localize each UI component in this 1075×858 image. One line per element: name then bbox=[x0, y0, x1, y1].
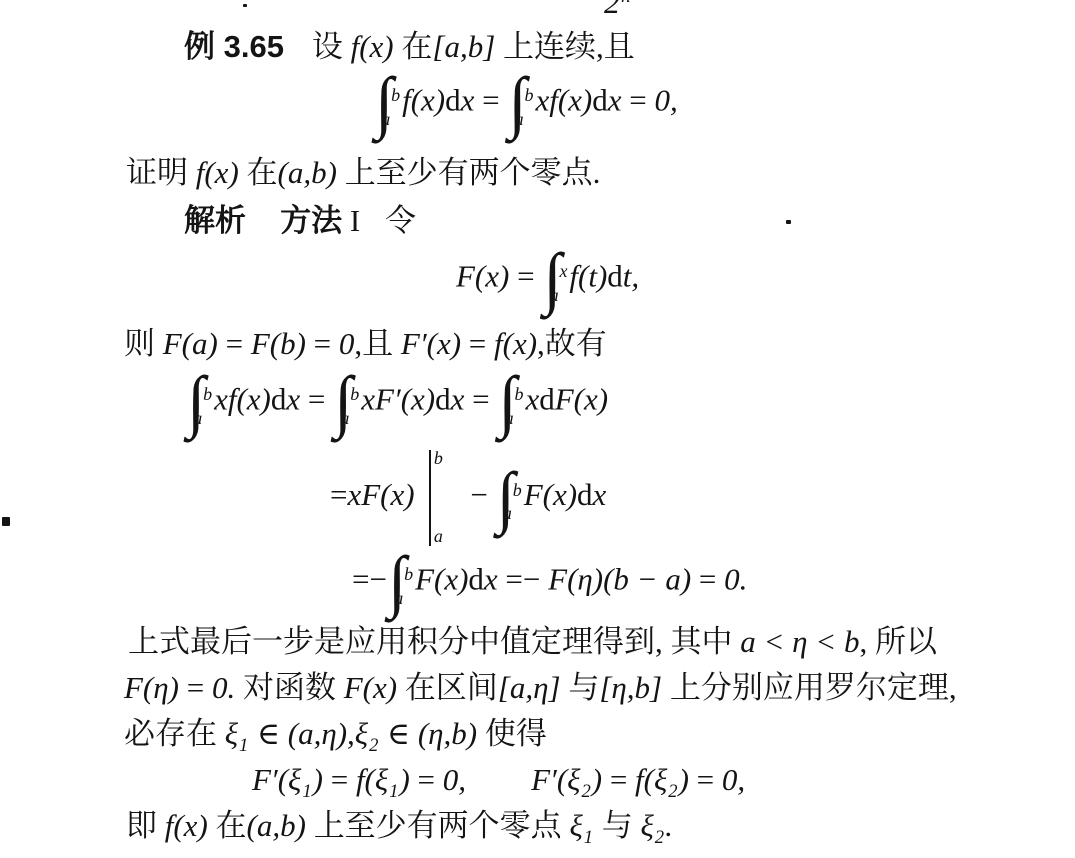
integral-sign: ∫ba bbox=[375, 70, 400, 137]
display-formula-definition-F: F(x) = ∫xaf(t)dt, bbox=[456, 246, 639, 313]
scan-artifact-dot bbox=[2, 517, 10, 526]
scanned-textbook-page: 2n 例 3.65设 f(x) 在[a,b] 上连续,且 ∫baf(x)dx =… bbox=[0, 0, 1075, 858]
integral-sign: ∫xa bbox=[543, 246, 567, 313]
display-formula-hypothesis: ∫baf(x)dx = ∫baxf(x)dx = 0, bbox=[374, 70, 678, 137]
example-heading: 例 3.65设 f(x) 在[a,b] 上连续,且 bbox=[184, 27, 635, 68]
scan-artifact-dot bbox=[243, 4, 247, 7]
integral-sign: ∫ba bbox=[498, 369, 523, 436]
evaluation-bar: ba bbox=[429, 450, 463, 546]
display-formula-zeros: F′(ξ1) = f(ξ1) = 0,F′(ξ2) = f(ξ2) = 0, bbox=[252, 760, 745, 805]
integral-sign: ∫ba bbox=[388, 549, 413, 616]
explanation-line-2: F(η) = 0. 对函数 F(x) 在区间[a,η] 与[η,b] 上分别应用… bbox=[124, 668, 957, 709]
display-formula-chain-2: =xF(x)ba− ∫baF(x)dx bbox=[330, 450, 606, 546]
integral-sign: ∫ba bbox=[187, 369, 212, 436]
then-line: 则 F(a) = F(b) = 0,且 F′(x) = f(x),故有 bbox=[124, 324, 607, 365]
integral-sign: ∫ba bbox=[497, 465, 522, 532]
explanation-line-1: 上式最后一步是应用积分中值定理得到, 其中 a < η < b, 所以 bbox=[128, 622, 937, 663]
display-formula-chain-3: =−∫baF(x)dx =− F(η)(b − a) = 0. bbox=[352, 549, 747, 616]
display-formula-chain-1: ∫baxf(x)dx = ∫baxF′(x)dx = ∫baxdF(x) bbox=[186, 369, 608, 436]
solution-heading: 解析方法 I令 bbox=[184, 201, 416, 242]
conclusion-line: 即 f(x) 在(a,b) 上至少有两个零点 ξ1 与 ξ2. bbox=[126, 806, 673, 851]
integral-sign: ∫ba bbox=[334, 369, 359, 436]
integral-sign: ∫ba bbox=[508, 70, 533, 137]
explanation-line-3: 必存在 ξ1 ∈ (a,η),ξ2 ∈ (η,b) 使得 bbox=[124, 714, 547, 759]
scan-artifact-dot bbox=[786, 220, 791, 224]
claim-line: 证明 f(x) 在(a,b) 上至少有两个零点. bbox=[126, 153, 600, 194]
previous-line-fragment-2n: 2n bbox=[604, 0, 631, 23]
